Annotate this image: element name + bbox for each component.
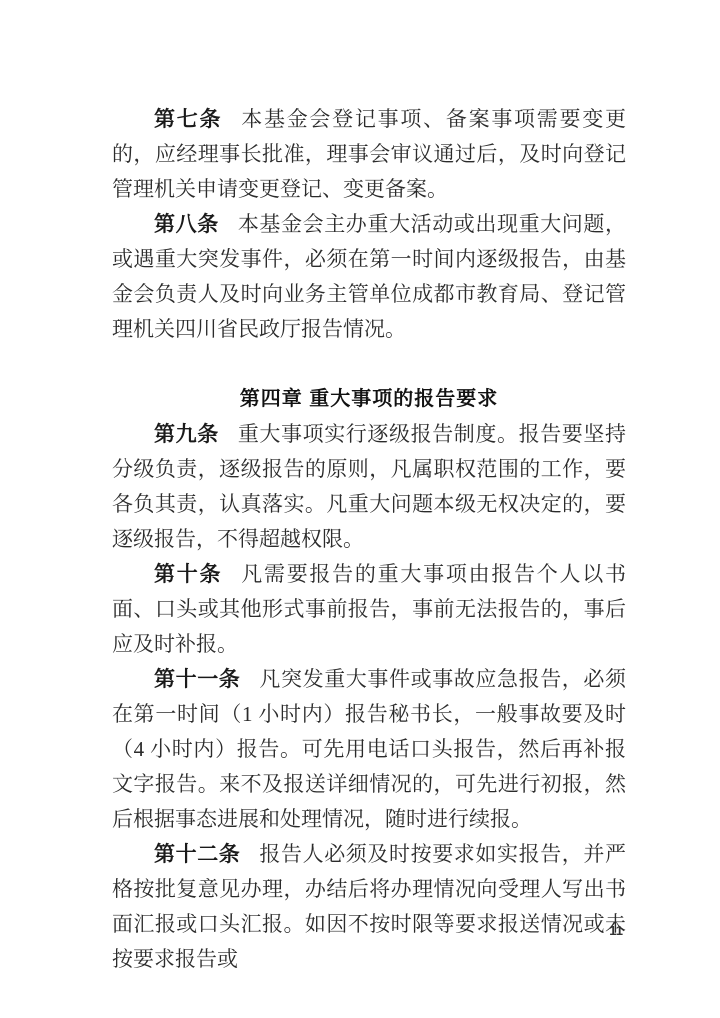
article-number: 第十一条 <box>154 667 240 691</box>
article-paragraph-9: 第九条重大事项实行逐级报告制度。报告要坚持分级负责，逐级报告的原则，凡属职权范围… <box>112 417 626 557</box>
article-text: 凡突发重大事件或事故应急报告，必须在第一时间（1 小时内）报告秘书长，一般事故要… <box>112 667 626 831</box>
article-number: 第十条 <box>154 562 222 586</box>
article-paragraph-7: 第七条本基金会登记事项、备案事项需要变更的，应经理事长批准，理事会审议通过后，及… <box>112 102 626 207</box>
article-paragraph-11: 第十一条凡突发重大事件或事故应急报告，必须在第一时间（1 小时内）报告秘书长，一… <box>112 662 626 837</box>
article-number: 第九条 <box>154 422 219 446</box>
article-number: 第七条 <box>154 107 222 131</box>
article-number: 第八条 <box>154 212 219 236</box>
page-content: 第七条本基金会登记事项、备案事项需要变更的，应经理事长批准，理事会审议通过后，及… <box>112 102 626 977</box>
article-paragraph-12: 第十二条报告人必须及时按要求如实报告，并严格按批复意见办理，办结后将办理情况向受… <box>112 837 626 977</box>
page-number: 11 <box>609 923 623 938</box>
article-paragraph-8: 第八条本基金会主办重大活动或出现重大问题，或遇重大突发事件，必须在第一时间内逐级… <box>112 207 626 347</box>
chapter-heading: 第四章 重大事项的报告要求 <box>112 382 626 417</box>
article-number: 第十二条 <box>154 842 240 866</box>
article-paragraph-10: 第十条凡需要报告的重大事项由报告个人以书面、口头或其他形式事前报告，事前无法报告… <box>112 557 626 662</box>
document-page: 第七条本基金会登记事项、备案事项需要变更的，应经理事长批准，理事会审议通过后，及… <box>0 0 720 1018</box>
